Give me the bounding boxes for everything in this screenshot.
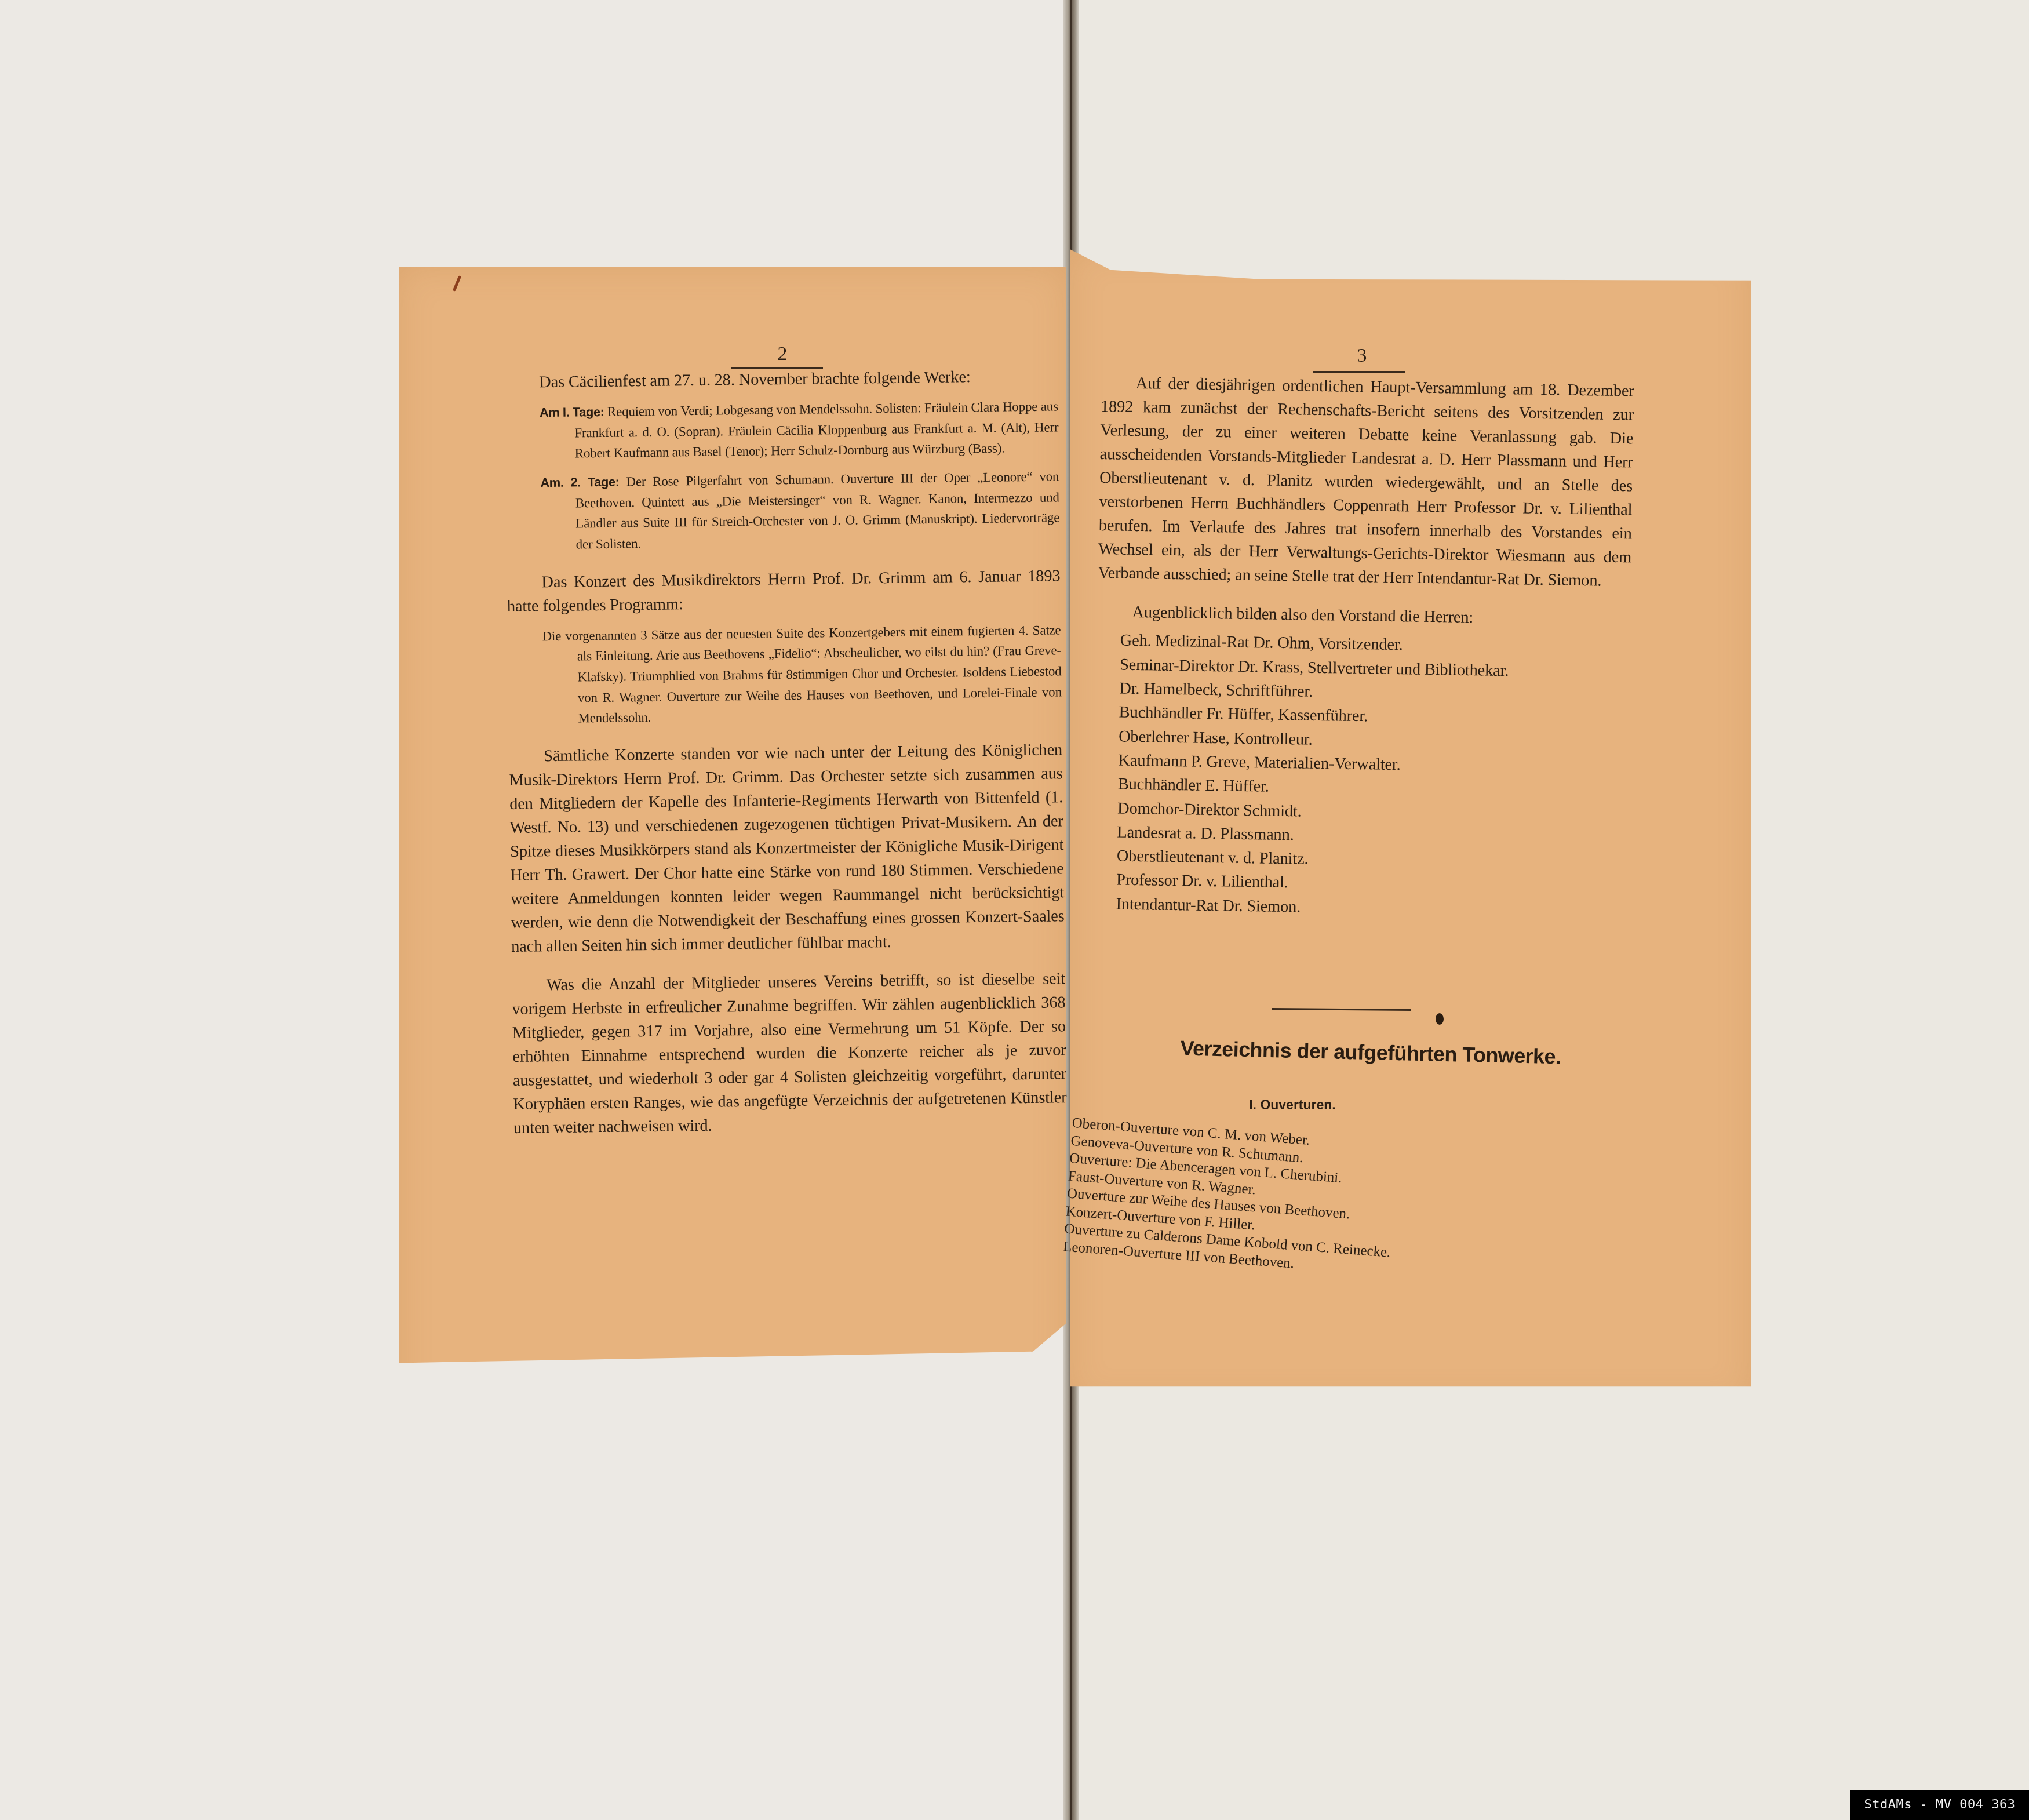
konzert-program: Die vorgenannten 3 Sätze aus der neueste…: [542, 620, 1062, 729]
paragraph-mitglieder: Was die Anzahl der Mitglieder unseres Ve…: [512, 967, 1067, 1140]
vorstand-list: Geh. Medizinal-Rat Dr. Ohm, Vorsitzender…: [1116, 629, 1630, 924]
right-page-number-rule: [1313, 371, 1405, 373]
konzert-program-text: Die vorgenannten 3 Sätze aus der neueste…: [542, 620, 1062, 729]
paragraph-leitung: Sämtliche Konzerte standen vor wie nach …: [509, 738, 1065, 959]
day1-entry: Am I. Tage: Requiem von Verdi; Lobgesang…: [540, 396, 1059, 464]
day2-label: Am. 2. Tage:: [540, 475, 619, 490]
ink-blot: [1436, 1013, 1444, 1025]
day2-entry: Am. 2. Tage: Der Rose Pilgerfahrt von Sc…: [540, 466, 1060, 555]
right-page-number: 3: [1327, 345, 1397, 367]
ouverturen-list: Oberon-Ouverture von C. M. von Weber. Ge…: [1062, 1098, 1478, 1286]
konzert-intro: Das Konzert des Musikdirektors Herrn Pro…: [507, 564, 1061, 618]
day1-text: Requiem von Verdi; Lobgesang von Mendels…: [574, 399, 1058, 460]
archive-watermark-label: StdAMs - MV_004_363: [1850, 1790, 2029, 1820]
left-page-body: Das Cäcilienfest am 27. u. 28. November …: [504, 364, 1067, 1140]
day2-text: Der Rose Pilgerfahrt von Schumann. Ouver…: [575, 469, 1060, 551]
paragraph-versammlung: Auf der diesjährigen ordentlichen Haupt-…: [1098, 371, 1634, 594]
right-page-body: Auf der diesjährigen ordentlichen Haupt-…: [1092, 371, 1634, 924]
left-page-number: 2: [748, 343, 817, 365]
day1-label: Am I. Tage:: [540, 405, 604, 420]
